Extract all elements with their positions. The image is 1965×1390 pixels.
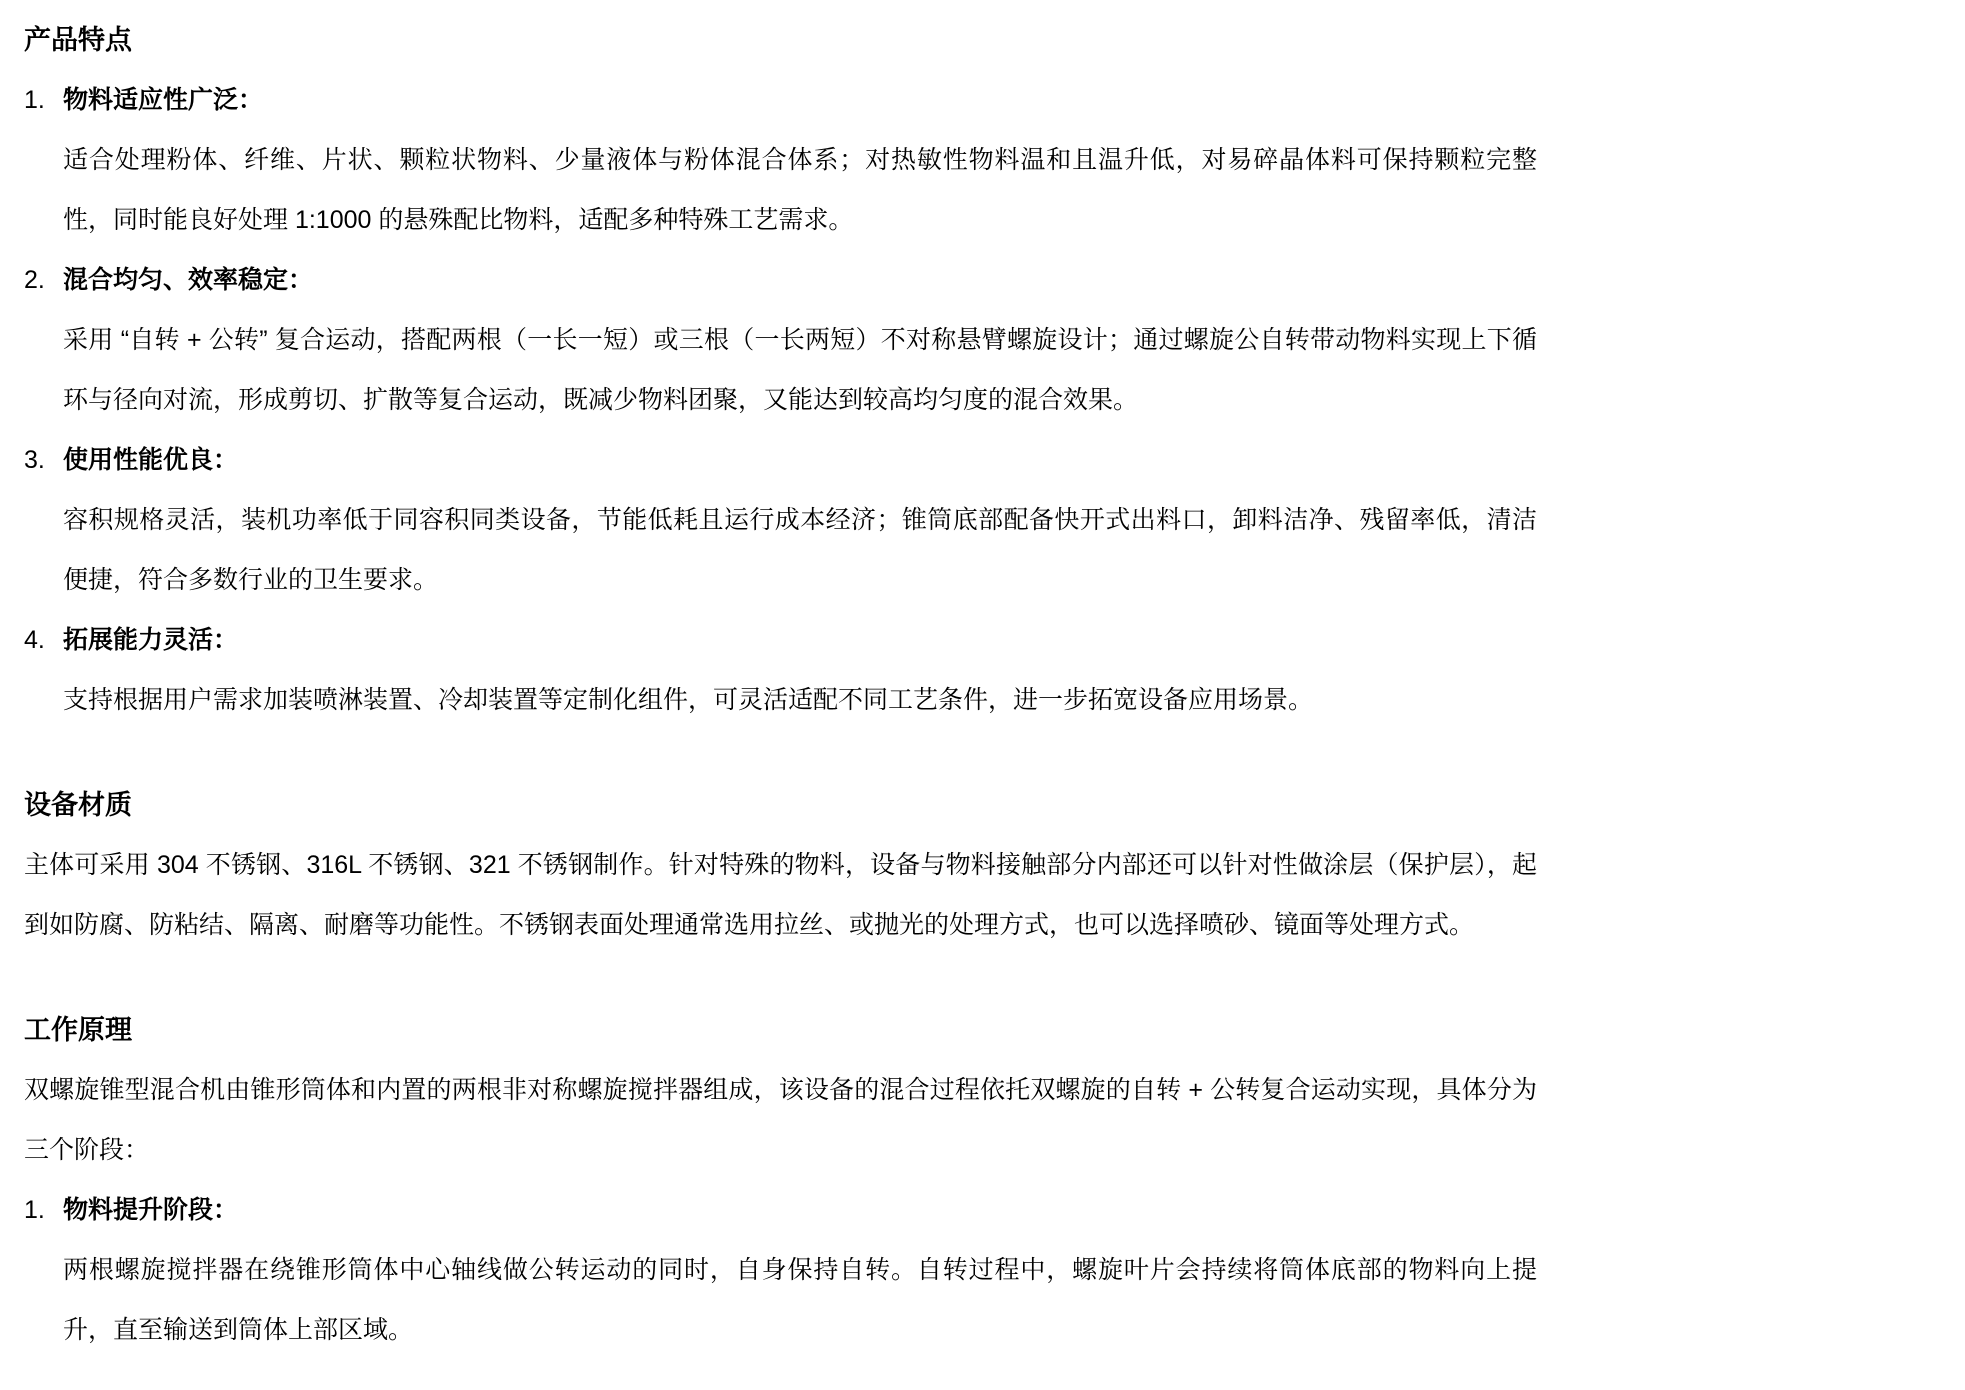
section-product-features: 产品特点 1. 物料适应性广泛： 适合处理粉体、纤维、片状、颗粒状物料、少量液体…	[24, 10, 1537, 730]
principle-item-1-number: 1.	[24, 1180, 63, 1240]
feature-item-4-content: 拓展能力灵活： 支持根据用户需求加装喷淋装置、冷却装置等定制化组件，可灵活适配不…	[63, 610, 1537, 730]
equipment-material-heading: 设备材质	[24, 775, 1537, 835]
working-principle-heading: 工作原理	[24, 1000, 1537, 1060]
feature-item-2-number: 2.	[24, 250, 63, 310]
feature-item-3-title: 使用性能优良：	[63, 430, 1537, 490]
working-principle-list: 1. 物料提升阶段： 两根螺旋搅拌器在绕锥形筒体中心轴线做公转运动的同时，自身保…	[24, 1180, 1537, 1360]
feature-item-3: 3. 使用性能优良： 容积规格灵活，装机功率低于同容积同类设备，节能低耗且运行成…	[24, 430, 1537, 610]
principle-item-1-content: 物料提升阶段： 两根螺旋搅拌器在绕锥形筒体中心轴线做公转运动的同时，自身保持自转…	[63, 1180, 1537, 1360]
section-equipment-material: 设备材质 主体可采用 304 不锈钢、316L 不锈钢、321 不锈钢制作。针对…	[24, 775, 1537, 955]
feature-item-4-number: 4.	[24, 610, 63, 670]
section-working-principle: 工作原理 双螺旋锥型混合机由锥形筒体和内置的两根非对称螺旋搅拌器组成，该设备的混…	[24, 1000, 1537, 1360]
feature-item-2-content: 混合均匀、效率稳定： 采用 “自转 + 公转” 复合运动，搭配两根（一长一短）或…	[63, 250, 1537, 430]
product-features-heading: 产品特点	[24, 10, 1537, 70]
feature-item-3-body: 容积规格灵活，装机功率低于同容积同类设备，节能低耗且运行成本经济；锥筒底部配备快…	[63, 490, 1537, 610]
feature-item-2: 2. 混合均匀、效率稳定： 采用 “自转 + 公转” 复合运动，搭配两根（一长一…	[24, 250, 1537, 430]
product-features-list: 1. 物料适应性广泛： 适合处理粉体、纤维、片状、颗粒状物料、少量液体与粉体混合…	[24, 70, 1537, 730]
feature-item-1-body: 适合处理粉体、纤维、片状、颗粒状物料、少量液体与粉体混合体系；对热敏性物料温和且…	[63, 130, 1537, 250]
principle-item-1-body: 两根螺旋搅拌器在绕锥形筒体中心轴线做公转运动的同时，自身保持自转。自转过程中，螺…	[63, 1240, 1537, 1360]
working-principle-intro: 双螺旋锥型混合机由锥形筒体和内置的两根非对称螺旋搅拌器组成，该设备的混合过程依托…	[24, 1060, 1537, 1180]
feature-item-3-content: 使用性能优良： 容积规格灵活，装机功率低于同容积同类设备，节能低耗且运行成本经济…	[63, 430, 1537, 610]
feature-item-1: 1. 物料适应性广泛： 适合处理粉体、纤维、片状、颗粒状物料、少量液体与粉体混合…	[24, 70, 1537, 250]
equipment-material-paragraph: 主体可采用 304 不锈钢、316L 不锈钢、321 不锈钢制作。针对特殊的物料…	[24, 835, 1537, 955]
feature-item-4-body: 支持根据用户需求加装喷淋装置、冷却装置等定制化组件，可灵活适配不同工艺条件，进一…	[63, 670, 1537, 730]
feature-item-1-title: 物料适应性广泛：	[63, 70, 1537, 130]
feature-item-3-number: 3.	[24, 430, 63, 490]
feature-item-4: 4. 拓展能力灵活： 支持根据用户需求加装喷淋装置、冷却装置等定制化组件，可灵活…	[24, 610, 1537, 730]
principle-item-1-title: 物料提升阶段：	[63, 1180, 1537, 1240]
principle-item-1: 1. 物料提升阶段： 两根螺旋搅拌器在绕锥形筒体中心轴线做公转运动的同时，自身保…	[24, 1180, 1537, 1360]
feature-item-1-number: 1.	[24, 70, 63, 130]
document-page: 产品特点 1. 物料适应性广泛： 适合处理粉体、纤维、片状、颗粒状物料、少量液体…	[0, 0, 1965, 1390]
feature-item-4-title: 拓展能力灵活：	[63, 610, 1537, 670]
feature-item-1-content: 物料适应性广泛： 适合处理粉体、纤维、片状、颗粒状物料、少量液体与粉体混合体系；…	[63, 70, 1537, 250]
feature-item-2-title: 混合均匀、效率稳定：	[63, 250, 1537, 310]
feature-item-2-body: 采用 “自转 + 公转” 复合运动，搭配两根（一长一短）或三根（一长两短）不对称…	[63, 310, 1537, 430]
